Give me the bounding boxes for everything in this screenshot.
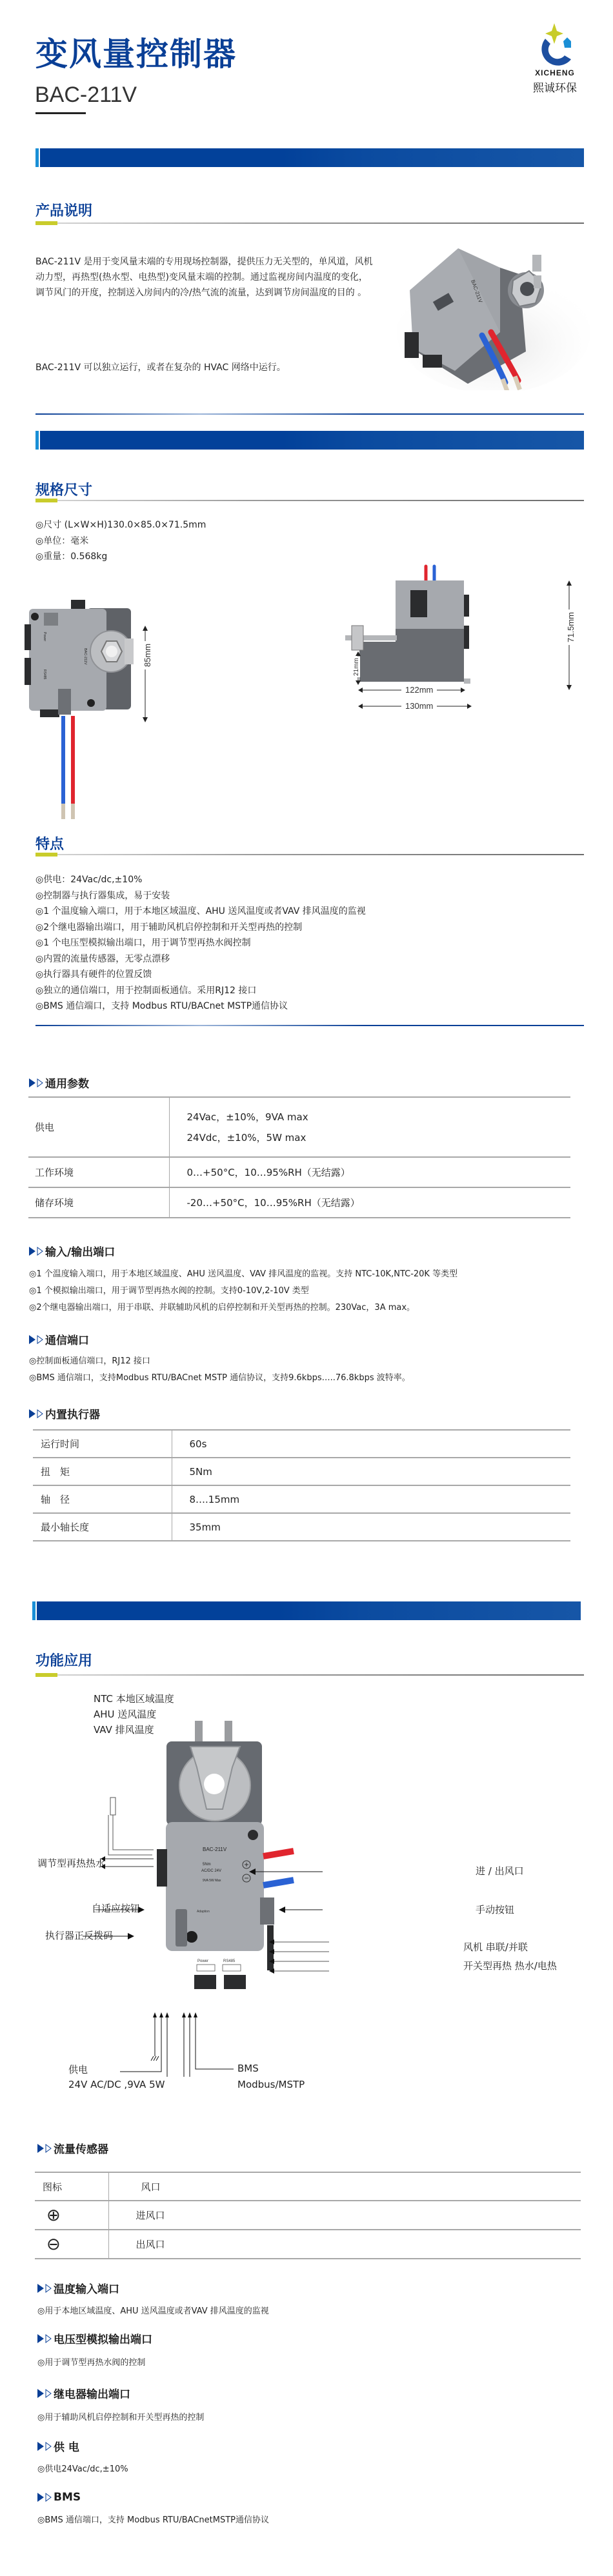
table-row: 最小轴长度 35mm (33, 1513, 570, 1541)
table-row: ⊖ 出风口 (35, 2230, 581, 2259)
table-row: 轴 径 8….15mm (33, 1485, 570, 1513)
detail-title: 供 电 (37, 2438, 579, 2454)
section-banner (35, 431, 584, 450)
section-rule (35, 500, 584, 501)
actuator-table: 运行时间 60s 扭 矩 5Nm 轴 径 8….15mm 最小轴长度 35mm (33, 1429, 570, 1541)
dimension-label: 130mm (401, 701, 437, 711)
device-top-view: BAC-211V RS485 Power 85mm (23, 600, 158, 819)
actuator-key: 扭 矩 (33, 1458, 172, 1485)
actuator-key: 最小轴长度 (33, 1513, 172, 1541)
section-title-application: 功能应用 (35, 1650, 92, 1670)
param-key: 工作环境 (28, 1157, 169, 1187)
feature-item: 内置的流量传感器，无零点漂移 (35, 951, 366, 967)
feature-item: 执行器具有硬件的位置反馈 (35, 967, 366, 983)
detail-text: BMS 通信端口，支持 Modbus RTU/BACnetMSTP通信协议 (37, 2513, 579, 2529)
svg-text:Power: Power (43, 632, 46, 642)
actuator-value: 8….15mm (172, 1485, 570, 1513)
brand-logo: XICHENG 熙诚环保 (526, 19, 584, 90)
param-key: 供电 (28, 1097, 169, 1157)
xicheng-logo-icon (526, 19, 584, 68)
label-switch-reheat: 开关型再热 热水/电热 (463, 1959, 557, 1972)
minus-circle-icon: ⊖ (35, 2230, 108, 2259)
subheading-general-params: 通用参数 (29, 1075, 89, 1091)
param-value: 0…+50°C，10…95%RH（无结露） (169, 1157, 570, 1187)
triangle-outline-icon (37, 1078, 43, 1087)
triangle-filled-icon (37, 2334, 44, 2343)
label-air-port: 进 / 出风口 (476, 1864, 524, 1878)
dimension-label: 21mm (353, 657, 360, 677)
triangle-outline-icon (45, 2442, 52, 2451)
label-adaption-button: 自适应按钮 (92, 1901, 140, 1915)
label-power-spec: 24V AC/DC ,9VA 5W (68, 2079, 165, 2090)
subheading-actuator: 内置执行器 (29, 1405, 100, 1422)
subheading-comm-ports: 通信端口 (29, 1331, 89, 1347)
label-manual-button: 手动按钮 (476, 1903, 514, 1916)
label-power: 供电 (68, 2063, 88, 2076)
dimension-label: 85mm (143, 641, 152, 669)
svg-text:BAC-211V: BAC-211V (203, 1847, 227, 1852)
page-title: 变风量控制器 (35, 28, 237, 75)
section-rule (35, 854, 584, 855)
detail-text: 用于本地区域温度、AHU 送风温度或者VAV 排风温度的监视 (37, 2304, 579, 2320)
feature-item: BMS 通信端口，支持 Modbus RTU/BACnet MSTP通信协议 (35, 998, 366, 1015)
device-side-view: 71.5mm 21mm 122mm 130mm (326, 561, 584, 735)
detail-block: 电压型模拟输出端口 用于调节型再热水阀的控制 (37, 2330, 579, 2385)
table-row: 运行时间 60s (33, 1430, 570, 1458)
logo-text-en: XICHENG (526, 68, 584, 77)
triangle-filled-icon (29, 1335, 35, 1344)
triangle-filled-icon (29, 1078, 35, 1087)
actuator-value: 60s (172, 1430, 570, 1458)
detail-text: 用于调节型再热水阀的控制 (37, 2355, 579, 2372)
section-title-features: 特点 (35, 833, 64, 853)
table-row: 扭 矩 5Nm (33, 1458, 570, 1485)
param-key: 储存环境 (28, 1187, 169, 1218)
comm-port-list: 控制面板通信端口，RJ12 接口 BMS 通信端口，支持Modbus RTU/B… (29, 1353, 410, 1387)
section-title-specs: 规格尺寸 (35, 479, 92, 499)
wiring-diagram: BAC-211V 5Nm AC/DC 24V 9VA 5W Max Adapti… (0, 1690, 613, 2077)
svg-text:RS485: RS485 (43, 669, 46, 680)
svg-text:AC/DC 24V: AC/DC 24V (201, 1869, 221, 1873)
triangle-outline-icon (37, 1247, 43, 1256)
actuator-value: 35mm (172, 1513, 570, 1541)
feature-list: 供电：24Vac/dc,±10% 控制器与执行器集成，易于安装 1 个温度输入端… (35, 872, 366, 1015)
dimension-85mm (139, 626, 152, 722)
svg-text:5Nm: 5Nm (203, 1863, 211, 1867)
triangle-filled-icon (29, 1409, 35, 1418)
label-bms: BMS (237, 2063, 259, 2074)
triangle-outline-icon (45, 2493, 52, 2502)
svg-text:Adaption: Adaption (197, 1910, 210, 1914)
port-label: 进风口 (108, 2201, 581, 2230)
detail-title: BMS (37, 2491, 579, 2504)
detail-title: 电压型模拟输出端口 (37, 2330, 579, 2346)
detail-block: 温度输入端口 用于本地区域温度、AHU 送风温度或者VAV 排风温度的监视 (37, 2280, 579, 2330)
section-divider (35, 413, 584, 415)
io-port-list: 1 个温度输入端口，用于本地区域温度、AHU 送风温度、VAV 排风温度的监视。… (29, 1266, 457, 1316)
table-row: 工作环境 0…+50°C，10…95%RH（无结露） (28, 1157, 570, 1187)
triangle-filled-icon (37, 2442, 44, 2451)
triangle-filled-icon (37, 2284, 44, 2293)
label-direction-switch: 执行器正反拨码 (45, 1928, 113, 1942)
description-paragraph-1: BAC-211V 是用于变风量末端的专用现场控制器，提供压力无关型的，单风道，风… (35, 254, 374, 301)
feature-item: 1 个温度输入端口，用于本地区域温度、AHU 送风温度或者VAV 排风温度的监视 (35, 904, 366, 920)
flow-sensor-table: 图标 风口 ⊕ 进风口 ⊖ 出风口 (35, 2172, 581, 2259)
spec-list: 尺寸 (L×W×H)130.0×85.0×71.5mm 单位：毫米 重量：0.5… (35, 517, 206, 565)
section-title-description: 产品说明 (35, 200, 92, 220)
table-row: 储存环境 -20…+50°C，10…95%RH（无结露） (28, 1187, 570, 1218)
io-item: 1 个温度输入端口，用于本地区域温度、AHU 送风温度、VAV 排风温度的监视。… (29, 1266, 457, 1283)
triangle-filled-icon (29, 1247, 35, 1256)
feature-item: 2个继电器输出端口，用于辅助风机启停控制和开关型再热的控制 (35, 920, 366, 936)
section-rule (35, 1674, 584, 1676)
detail-title: 继电器输出端口 (37, 2385, 579, 2401)
subheading-io-ports: 输入/输出端口 (29, 1243, 115, 1259)
io-item: 1 个模拟输出端口，用于调节型再热水阀的控制。支持0-10V,2-10V 类型 (29, 1283, 457, 1300)
title-underline (35, 112, 86, 114)
section-banner (35, 148, 584, 167)
actuator-key: 运行时间 (33, 1430, 172, 1458)
table-row: 图标 风口 (35, 2172, 581, 2201)
actuator-key: 轴 径 (33, 1485, 172, 1513)
header-icon: 图标 (35, 2172, 108, 2201)
detail-block: 继电器输出端口 用于辅助风机启停控制和开关型再热的控制 (37, 2385, 579, 2438)
label-ntc-sensors: NTC 本地区域温度 AHU 送风温度 VAV 排风温度 (94, 1691, 174, 1738)
triangle-filled-icon (37, 2493, 44, 2502)
product-photo: BAC-211V (397, 235, 590, 390)
spec-item: 重量：0.568kg (35, 549, 206, 565)
port-label: 出风口 (108, 2230, 581, 2259)
feature-item: 供电：24Vac/dc,±10% (35, 872, 366, 888)
feature-item: 控制器与执行器集成，易于安装 (35, 888, 366, 904)
spec-item: 尺寸 (L×W×H)130.0×85.0×71.5mm (35, 517, 206, 533)
table-row: 供电 24Vac，±10%，9VA max 24Vdc，±10%，5W max (28, 1097, 570, 1157)
svg-text:RS485: RS485 (223, 1959, 236, 1963)
detail-title: 温度输入端口 (37, 2280, 579, 2296)
triangle-outline-icon (45, 2284, 52, 2293)
actuator-value: 5Nm (172, 1458, 570, 1485)
detail-block: BMS BMS 通信端口，支持 Modbus RTU/BACnetMSTP通信协… (37, 2491, 579, 2542)
comm-item: BMS 通信端口，支持Modbus RTU/BACnet MSTP 通信协议，支… (29, 1370, 410, 1387)
triangle-outline-icon (45, 2334, 52, 2343)
table-row: ⊕ 进风口 (35, 2201, 581, 2230)
triangle-outline-icon (37, 1335, 43, 1344)
triangle-filled-icon (37, 2144, 44, 2153)
spec-item: 单位：毫米 (35, 533, 206, 550)
section-divider (35, 1025, 584, 1026)
triangle-outline-icon (37, 1409, 43, 1418)
io-item: 2个继电器输出端口，用于串联、并联辅助风机的启停控制和开关型再热的控制。230V… (29, 1300, 457, 1316)
label-reheat-water: 调节型再热热水 (37, 1856, 105, 1870)
description-paragraph-2: BAC-211V 可以独立运行，或者在复杂的 HVAC 网络中运行。 (35, 360, 374, 375)
detail-block: 供 电 供电24Vac/dc,±10% (37, 2438, 579, 2491)
svg-text:BAC-211V: BAC-211V (83, 648, 87, 665)
model-number: BAC-211V (35, 83, 137, 108)
svg-text:Power: Power (197, 1959, 208, 1963)
param-value: 24Vac，±10%，9VA max 24Vdc，±10%，5W max (169, 1097, 570, 1157)
feature-item: 独立的通信端口，用于控制面板通信。采用RJ12 接口 (35, 983, 366, 999)
logo-text-cn: 熙诚环保 (526, 79, 584, 95)
general-params-table: 供电 24Vac，±10%，9VA max 24Vdc，±10%，5W max … (28, 1096, 570, 1218)
detail-text: 用于辅助风机启停控制和开关型再热的控制 (37, 2410, 579, 2426)
feature-item: 1 个电压型模拟输出端口，用于调节型再热水阀控制 (35, 935, 366, 951)
detail-text: 供电24Vac/dc,±10% (37, 2462, 579, 2478)
plus-circle-icon: ⊕ (35, 2201, 108, 2230)
section-banner (32, 1601, 581, 1620)
triangle-outline-icon (45, 2144, 52, 2153)
dimension-label: 71.5mm (566, 609, 576, 645)
subheading-flow-sensor: 流量传感器 (37, 2140, 108, 2156)
comm-item: 控制面板通信端口，RJ12 接口 (29, 1353, 410, 1370)
svg-text:9VA 5W Max: 9VA 5W Max (203, 1879, 221, 1883)
triangle-filled-icon (37, 2389, 44, 2398)
section-rule (35, 223, 584, 224)
detail-sections: 温度输入端口 用于本地区域温度、AHU 送风温度或者VAV 排风温度的监视 电压… (37, 2280, 579, 2542)
param-value: -20…+50°C，10…95%RH（无结露） (169, 1187, 570, 1218)
dimension-label: 122mm (401, 685, 437, 695)
header-port: 风口 (108, 2172, 581, 2201)
label-fan: 风机 串联/并联 (463, 1940, 528, 1954)
triangle-outline-icon (45, 2389, 52, 2398)
label-modbus: Modbus/MSTP (237, 2079, 305, 2090)
